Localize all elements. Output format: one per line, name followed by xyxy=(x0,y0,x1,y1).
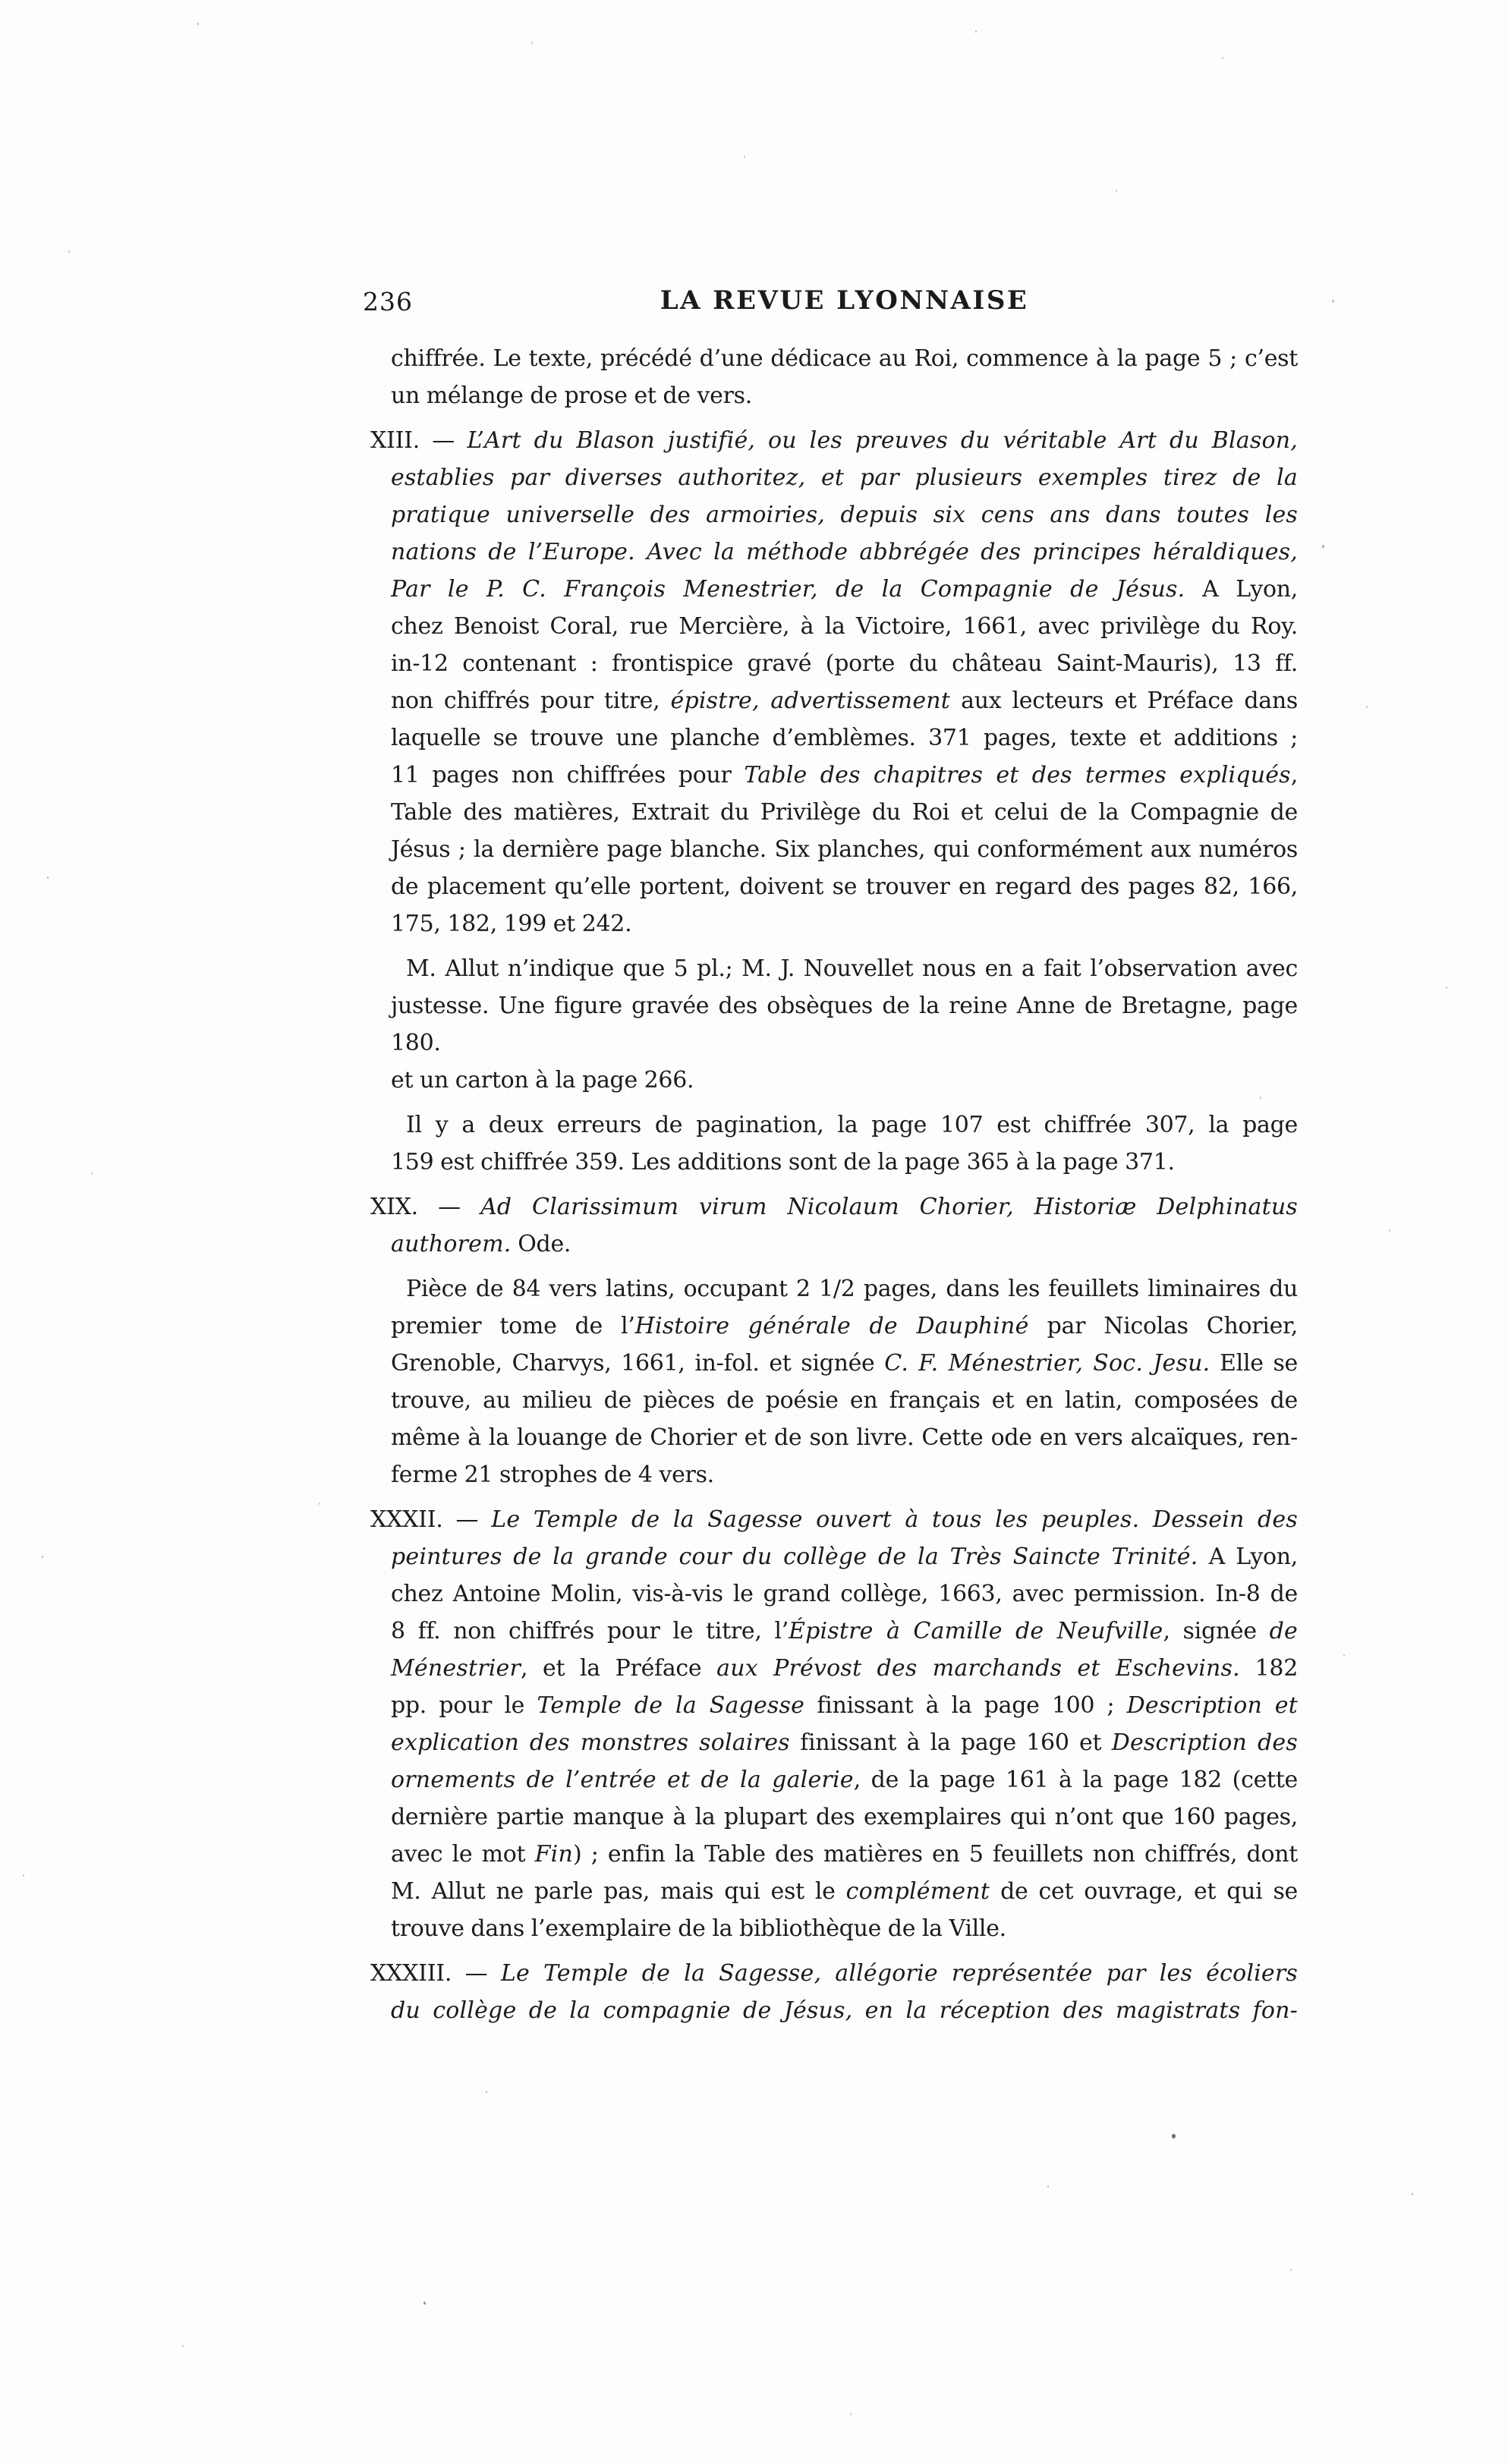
text-segment: Temple de la Sagesse xyxy=(537,1692,804,1719)
scan-speckle xyxy=(1116,190,1117,192)
text-line: Jésus ; la dernière page blanche. Six pl… xyxy=(391,831,1298,868)
text-segment: Histoire générale de Dauphiné xyxy=(635,1313,1029,1339)
text-line: premier tome de l’Histoire générale de D… xyxy=(391,1308,1298,1345)
text-segment: Le Temple de la Sagesse ouvert à tous le… xyxy=(491,1506,1298,1533)
text-segment: , de la page 161 à la page 182 (cette xyxy=(854,1767,1298,1793)
entry-xix: XIX. — Ad Clarissimum virum Nicolaum Cho… xyxy=(391,1188,1298,1263)
scan-speckle xyxy=(47,876,49,879)
text-segment: establies par diverses authoritez, et pa… xyxy=(391,464,1298,491)
text-segment: ferme 21 strophes de 4 vers. xyxy=(391,1462,714,1488)
text-segment: XXXII. — xyxy=(370,1506,491,1533)
text-line: chez Benoist Coral, rue Mercière, à la V… xyxy=(391,608,1298,645)
text-segment: chez Antoine Molin, vis-à-vis le grand c… xyxy=(391,1581,1298,1607)
text-segment: XIII. — xyxy=(370,427,467,454)
scan-speckle xyxy=(531,42,533,44)
text-segment: M. Allut n’indique que 5 pl.; M. J. Nouv… xyxy=(406,955,1298,982)
text-segment: de cet ouvrage, et qui se xyxy=(990,1878,1298,1905)
para-allut-observation: M. Allut n’indique que 5 pl.; M. J. Nouv… xyxy=(391,950,1298,1099)
text-segment: Ode. xyxy=(512,1231,571,1257)
text-line: explication des monstres solaires finiss… xyxy=(391,1724,1298,1761)
text-segment: explication des monstres solaires xyxy=(391,1729,790,1756)
text-line: chiffrée. Le texte, précédé d’une dédica… xyxy=(391,340,1298,377)
text-line: 175, 182, 199 et 242. xyxy=(391,905,1298,942)
text-segment: trouve dans l’exemplaire de la bibliothè… xyxy=(391,1915,1006,1942)
text-line: authorem. Ode. xyxy=(391,1226,1298,1263)
text-segment: premier tome de l’ xyxy=(391,1313,635,1339)
text-line: chez Antoine Molin, vis-à-vis le grand c… xyxy=(391,1575,1298,1613)
text-segment: XIX. — xyxy=(370,1194,480,1220)
text-segment: Il y a deux erreurs de pagination, la pa… xyxy=(406,1112,1298,1138)
text-segment: , xyxy=(1291,762,1298,788)
text-segment: épistre, advertissement xyxy=(671,688,951,714)
text-segment: 175, 182, 199 et 242. xyxy=(391,911,631,937)
text-line: non chiffrés pour titre, épistre, advert… xyxy=(391,682,1298,719)
text-line: Table des matières, Extrait du Privilège… xyxy=(391,794,1298,831)
text-segment: Description et xyxy=(1127,1692,1298,1719)
text-segment: in-12 contenant : frontispice gravé (por… xyxy=(391,650,1298,677)
scan-speckle xyxy=(42,1556,43,1558)
text-segment: Ménestrier xyxy=(391,1655,521,1682)
scan-speckle xyxy=(197,23,199,25)
text-line: M. Allut n’indique que 5 pl.; M. J. Nouv… xyxy=(391,950,1298,987)
text-line: trouve, au milieu de pièces de poésie en… xyxy=(391,1382,1298,1419)
text-segment: finissant à la page 160 et xyxy=(790,1729,1112,1756)
text-line: XXXII. — Le Temple de la Sagesse ouvert … xyxy=(370,1501,1298,1538)
text-segment: , et la Préface xyxy=(521,1655,716,1682)
text-line: Par le P. C. François Menestrier, de la … xyxy=(391,571,1298,608)
text-line: avec le mot Fin) ; enfin la Table des ma… xyxy=(391,1836,1298,1873)
text-line: de placement qu’elle portent, doivent se… xyxy=(391,868,1298,905)
para-continuation: chiffrée. Le texte, précédé d’une dédica… xyxy=(391,340,1298,414)
text-line: XXXIII. — Le Temple de la Sagesse, allég… xyxy=(370,1955,1298,1992)
text-line: Grenoble, Charvys, 1661, in-fol. et sign… xyxy=(391,1345,1298,1382)
text-line: 8 ff. non chiffrés pour le titre, l’Épis… xyxy=(391,1613,1298,1650)
text-line: justesse. Une figure gravée des obsèques… xyxy=(391,987,1298,1062)
text-segment: justesse. Une figure gravée des obsèques… xyxy=(391,993,1298,1056)
scan-speckle xyxy=(423,2302,426,2305)
entry-xxxii: XXXII. — Le Temple de la Sagesse ouvert … xyxy=(391,1501,1298,1947)
text-line: du collège de la compagnie de Jésus, en … xyxy=(391,1992,1298,2029)
text-line: peintures de la grande cour du collège d… xyxy=(391,1538,1298,1575)
text-segment: par Nicolas Chorier, xyxy=(1029,1313,1298,1339)
text-segment: , signée xyxy=(1163,1618,1269,1644)
text-line: XIII. — L’Art du Blason justifié, ou les… xyxy=(370,422,1298,459)
scan-speckle xyxy=(1222,57,1223,59)
text-segment: aux Prévost des marchands et Eschevins. xyxy=(716,1655,1240,1682)
entry-xxxiii: XXXIII. — Le Temple de la Sagesse, allég… xyxy=(391,1955,1298,2029)
text-segment: non chiffrés pour titre, xyxy=(391,688,671,714)
text-line: M. Allut ne parle pas, mais qui est le c… xyxy=(391,1873,1298,1910)
scan-speckle xyxy=(975,30,977,33)
text-segment: complément xyxy=(846,1878,990,1905)
page-number: 236 xyxy=(363,287,413,316)
text-segment: de xyxy=(1270,1618,1298,1644)
text-line: in-12 contenant : frontispice gravé (por… xyxy=(391,645,1298,682)
text-segment: finissant à la page 100 ; xyxy=(804,1692,1127,1719)
text-line: et un carton à la page 266. xyxy=(391,1062,1298,1099)
text-line: XIX. — Ad Clarissimum virum Nicolaum Cho… xyxy=(370,1188,1298,1226)
text-segment: A Lyon, xyxy=(1185,576,1298,603)
text-line: establies par diverses authoritez, et pa… xyxy=(391,459,1298,496)
text-segment: avec le mot xyxy=(391,1841,535,1868)
text-line: dernière partie manque à la plupart des … xyxy=(391,1798,1298,1836)
text-segment: peintures de la grande cour du collège d… xyxy=(391,1544,1198,1570)
scan-speckle xyxy=(1446,987,1447,989)
scan-speckle xyxy=(744,156,745,158)
text-segment: nations de l’Europe. Avec la méthode abb… xyxy=(391,539,1298,565)
scan-speckle xyxy=(1172,2134,1176,2138)
scan-speckle xyxy=(850,2413,852,2415)
scanned-book-page: 236 LA REVUE LYONNAISE chiffrée. Le text… xyxy=(0,0,1508,2464)
scan-speckle xyxy=(1343,1654,1345,1657)
text-block: chiffrée. Le texte, précédé d’une dédica… xyxy=(391,340,1298,2037)
text-segment: du collège de la compagnie de Jésus, en … xyxy=(391,1997,1298,2024)
text-segment: et un carton à la page 266. xyxy=(391,1067,694,1094)
text-segment: authorem. xyxy=(391,1231,512,1257)
para-piece-84-vers: Pièce de 84 vers latins, occupant 2 1/2 … xyxy=(391,1270,1298,1493)
text-segment: pratique universelle des armoiries, depu… xyxy=(391,502,1298,528)
text-segment: Table des matières, Extrait du Privilège… xyxy=(391,799,1298,826)
text-line: même à la louange de Chorier et de son l… xyxy=(391,1419,1298,1456)
text-line: Ménestrier, et la Préface aux Prévost de… xyxy=(391,1650,1298,1687)
para-pagination-errors: Il y a deux erreurs de pagination, la pa… xyxy=(391,1106,1298,1181)
text-segment: C. F. Ménestrier, Soc. Jesu. xyxy=(884,1350,1210,1377)
text-segment: 159 est chiffrée 359. Les additions sont… xyxy=(391,1149,1175,1175)
scan-speckle xyxy=(182,2345,184,2347)
text-segment: chiffrée. Le texte, précédé d’une dédica… xyxy=(391,345,1298,372)
text-segment: Le Temple de la Sagesse, allégorie repré… xyxy=(501,1960,1298,1987)
scan-speckle xyxy=(653,1982,654,1984)
scan-speckle xyxy=(68,250,70,253)
text-segment: 182 xyxy=(1240,1655,1298,1682)
text-line: nations de l’Europe. Avec la méthode abb… xyxy=(391,533,1298,571)
entry-xiii: XIII. — L’Art du Blason justifié, ou les… xyxy=(391,422,1298,942)
text-line: trouve dans l’exemplaire de la bibliothè… xyxy=(391,1910,1298,1947)
page-header: 236 LA REVUE LYONNAISE xyxy=(391,285,1298,325)
text-segment: A Lyon, xyxy=(1198,1544,1298,1570)
text-line: pp. pour le Temple de la Sagesse finissa… xyxy=(391,1687,1298,1724)
text-segment: Table des chapitres et des termes expliq… xyxy=(744,762,1290,788)
text-segment: chez Benoist Coral, rue Mercière, à la V… xyxy=(391,613,1298,640)
text-line: pratique universelle des armoiries, depu… xyxy=(391,496,1298,533)
text-segment: trouve, au milieu de pièces de poésie en… xyxy=(391,1387,1298,1414)
text-segment: de placement qu’elle portent, doivent se… xyxy=(391,873,1298,900)
text-segment: XXXIII. — xyxy=(370,1960,501,1987)
text-segment: Ad Clarissimum virum Nicolaum Chorier, H… xyxy=(480,1194,1298,1220)
text-line: Pièce de 84 vers latins, occupant 2 1/2 … xyxy=(391,1270,1298,1308)
scan-speckle xyxy=(1366,706,1368,708)
scan-speckle xyxy=(1332,300,1334,303)
scan-speckle xyxy=(23,1874,24,1877)
text-segment: Pièce de 84 vers latins, occupant 2 1/2 … xyxy=(406,1276,1298,1302)
text-segment: 8 ff. non chiffrés pour le titre, l’ xyxy=(391,1618,789,1644)
journal-title: LA REVUE LYONNAISE xyxy=(391,285,1298,316)
text-segment: Fin xyxy=(535,1841,573,1868)
text-segment: M. Allut ne parle pas, mais qui est le xyxy=(391,1878,846,1905)
text-segment: Par le P. C. François Menestrier, de la … xyxy=(391,576,1185,603)
text-segment: un mélange de prose et de vers. xyxy=(391,382,752,409)
text-line: laquelle se trouve une planche d’emblème… xyxy=(391,719,1298,757)
text-line: un mélange de prose et de vers. xyxy=(391,377,1298,414)
text-segment: Elle se xyxy=(1210,1350,1298,1377)
scan-speckle xyxy=(1260,1097,1261,1099)
text-segment: pp. pour le xyxy=(391,1692,537,1719)
text-segment: Jésus ; la dernière page blanche. Six pl… xyxy=(391,836,1298,863)
text-segment: aux lecteurs et Préface dans xyxy=(950,688,1298,714)
text-segment: Épistre à Camille de Neufville xyxy=(789,1618,1163,1644)
text-segment: L’Art du Blason justifié, ou les preuves… xyxy=(467,427,1298,454)
scan-speckle xyxy=(319,1503,320,1505)
scan-speckle xyxy=(1412,2193,1413,2195)
text-segment: ) ; enfin la Table des matières en 5 feu… xyxy=(573,1841,1298,1868)
text-segment: ornements de l’entrée et de la galerie xyxy=(391,1767,854,1793)
scan-speckle xyxy=(1322,545,1324,548)
scan-speckle xyxy=(1290,2269,1292,2271)
text-line: ornements de l’entrée et de la galerie, … xyxy=(391,1761,1298,1798)
text-line: 11 pages non chiffrées pour Table des ch… xyxy=(391,757,1298,794)
text-line: ferme 21 strophes de 4 vers. xyxy=(391,1456,1298,1493)
text-segment: laquelle se trouve une planche d’emblème… xyxy=(391,725,1298,751)
text-segment: Description des xyxy=(1112,1729,1298,1756)
scan-speckle xyxy=(1389,1229,1390,1232)
text-segment: 11 pages non chiffrées pour xyxy=(391,762,744,788)
text-segment: dernière partie manque à la plupart des … xyxy=(391,1804,1298,1830)
scan-speckle xyxy=(486,2091,487,2093)
text-segment: même à la louange de Chorier et de son l… xyxy=(391,1424,1298,1451)
scan-speckle xyxy=(1047,2186,1049,2188)
text-line: Il y a deux erreurs de pagination, la pa… xyxy=(391,1106,1298,1144)
text-line: 159 est chiffrée 359. Les additions sont… xyxy=(391,1144,1298,1181)
scan-speckle xyxy=(91,1172,93,1175)
text-segment: Grenoble, Charvys, 1661, in-fol. et sign… xyxy=(391,1350,884,1377)
